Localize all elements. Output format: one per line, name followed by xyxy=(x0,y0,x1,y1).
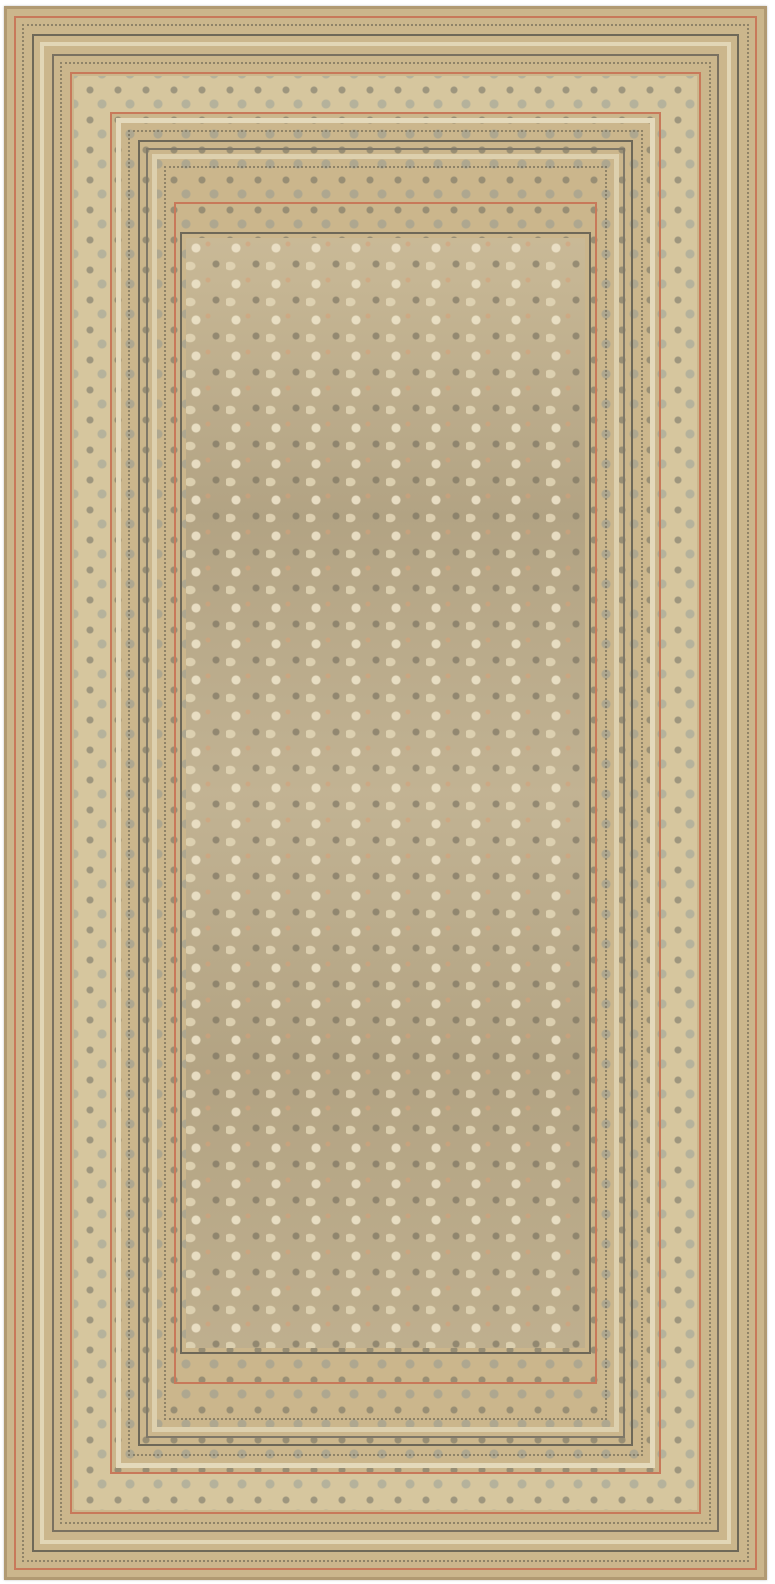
rug xyxy=(4,6,767,1580)
rug-field-herati-pattern xyxy=(186,238,585,1348)
